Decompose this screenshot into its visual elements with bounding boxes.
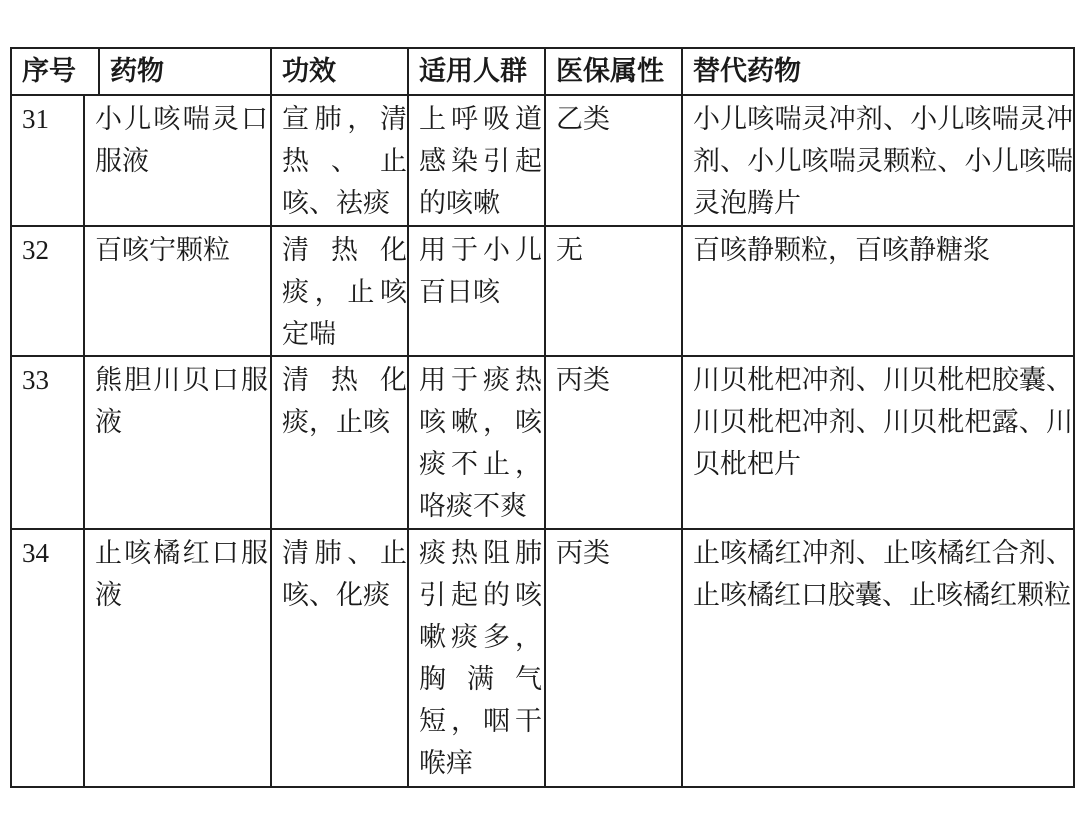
- cell-alternative-drugs: 止咳橘红冲剂、止咳橘红合剂、止咳橘红口胶囊、止咳橘红颗粒: [681, 528, 1073, 786]
- header-cell-insurance-class: 医保属性: [544, 49, 681, 94]
- cell-insurance-class: 丙类: [544, 355, 681, 528]
- cell-alternative-drugs: 百咳静颗粒，百咳静糖浆: [681, 225, 1073, 355]
- cell-drug-name: 熊胆川贝口服液: [83, 355, 270, 528]
- cell-alternative-drugs: 小儿咳喘灵冲剂、小儿咳喘灵冲剂、小儿咳喘灵颗粒、小儿咳喘灵泡腾片: [681, 94, 1073, 225]
- table-row-34: 34 止咳橘红口服液 清肺、止咳、化痰 痰热阻肺引起的咳嗽痰多，胸满气短，咽干喉…: [12, 528, 1073, 786]
- medication-table: 序号 药物 功效 适用人群 医保属性 替代药物 31 小儿咳喘灵口服液 宣肺，清…: [10, 47, 1075, 788]
- cell-serial-number: 33: [12, 355, 83, 528]
- table-row-32: 32 百咳宁颗粒 清热化痰，止咳定喘 用于小儿百日咳 无 百咳静颗粒，百咳静糖浆: [12, 225, 1073, 355]
- cell-target-population: 痰热阻肺引起的咳嗽痰多，胸满气短，咽干喉痒: [407, 528, 544, 786]
- cell-efficacy: 清热化痰，止咳定喘: [270, 225, 407, 355]
- header-cell-alternative-drugs: 替代药物: [681, 49, 1073, 94]
- cell-drug-name: 止咳橘红口服液: [83, 528, 270, 786]
- cell-insurance-class: 无: [544, 225, 681, 355]
- cell-insurance-class: 丙类: [544, 528, 681, 786]
- cell-drug-name: 小儿咳喘灵口服液: [83, 94, 270, 225]
- cell-target-population: 上呼吸道感染引起的咳嗽: [407, 94, 544, 225]
- cell-target-population: 用于小儿百日咳: [407, 225, 544, 355]
- document-page: 序号 药物 功效 适用人群 医保属性 替代药物 31 小儿咳喘灵口服液 宣肺，清…: [0, 0, 1080, 814]
- cell-drug-name: 百咳宁颗粒: [83, 225, 270, 355]
- cell-serial-number: 32: [12, 225, 83, 355]
- cell-efficacy: 清肺、止咳、化痰: [270, 528, 407, 786]
- table-row-33: 33 熊胆川贝口服液 清热化痰，止咳 用于痰热咳嗽，咳痰不止，咯痰不爽 丙类 川…: [12, 355, 1073, 528]
- cell-serial-number: 31: [12, 94, 83, 225]
- table-header-row: 序号 药物 功效 适用人群 医保属性 替代药物: [12, 49, 1073, 94]
- cell-serial-number: 34: [12, 528, 83, 786]
- header-cell-target-population: 适用人群: [407, 49, 544, 94]
- header-cell-drug: 药物: [98, 49, 270, 94]
- cell-target-population: 用于痰热咳嗽，咳痰不止，咯痰不爽: [407, 355, 544, 528]
- cell-alternative-drugs: 川贝枇杷冲剂、川贝枇杷胶囊、川贝枇杷冲剂、川贝枇杷露、川贝枇杷片: [681, 355, 1073, 528]
- table-row-31: 31 小儿咳喘灵口服液 宣肺，清热、止咳、祛痰 上呼吸道感染引起的咳嗽 乙类 小…: [12, 94, 1073, 225]
- cell-efficacy: 宣肺，清热、止咳、祛痰: [270, 94, 407, 225]
- header-cell-efficacy: 功效: [270, 49, 407, 94]
- cell-insurance-class: 乙类: [544, 94, 681, 225]
- cell-efficacy: 清热化痰，止咳: [270, 355, 407, 528]
- header-cell-serial-number: 序号: [12, 49, 98, 94]
